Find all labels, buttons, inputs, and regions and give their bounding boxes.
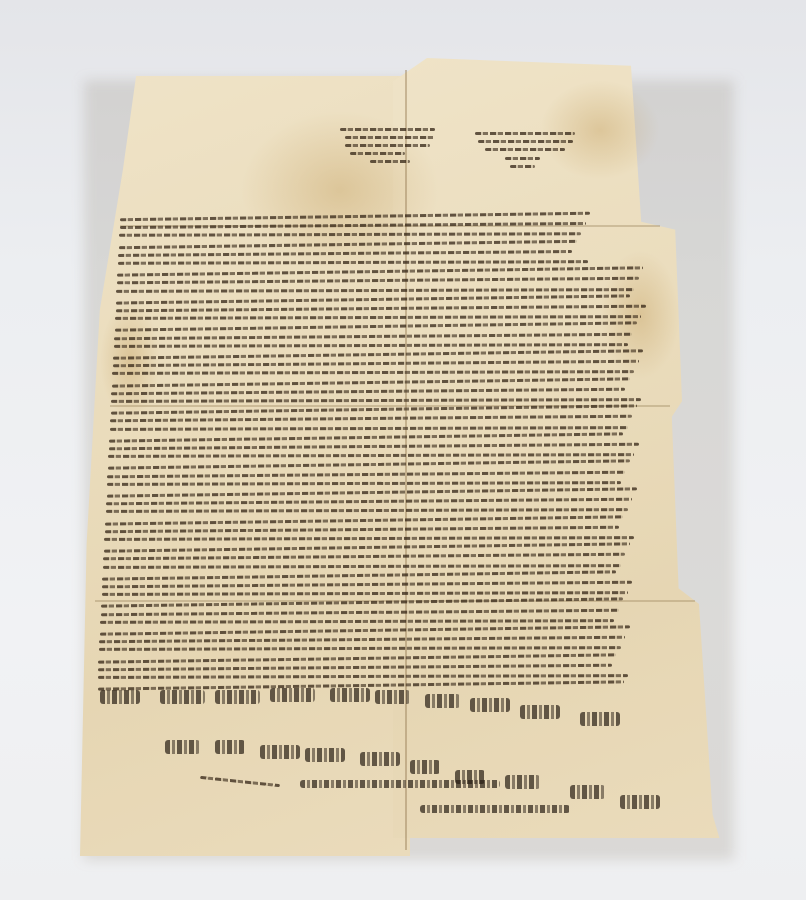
signature — [165, 740, 200, 754]
signature — [520, 705, 560, 719]
signature — [215, 690, 260, 704]
signature — [215, 740, 245, 754]
signature — [620, 795, 660, 809]
water-stain — [540, 80, 660, 180]
signature — [425, 694, 460, 708]
signature — [505, 775, 540, 789]
signature — [100, 690, 140, 704]
signature — [580, 712, 620, 726]
photo-scene: Photograph of an aged Ottoman Turkish ha… — [0, 0, 806, 900]
signature — [360, 752, 400, 766]
signature — [410, 760, 440, 774]
signature — [470, 698, 510, 712]
signature — [300, 780, 500, 788]
signature — [260, 745, 300, 759]
signature — [570, 785, 605, 799]
signature — [330, 688, 370, 702]
signature — [305, 748, 345, 762]
signature — [270, 688, 315, 702]
vertical-fold-crease — [405, 70, 407, 850]
signature — [420, 805, 570, 813]
signature — [375, 690, 410, 704]
signature — [160, 690, 205, 704]
